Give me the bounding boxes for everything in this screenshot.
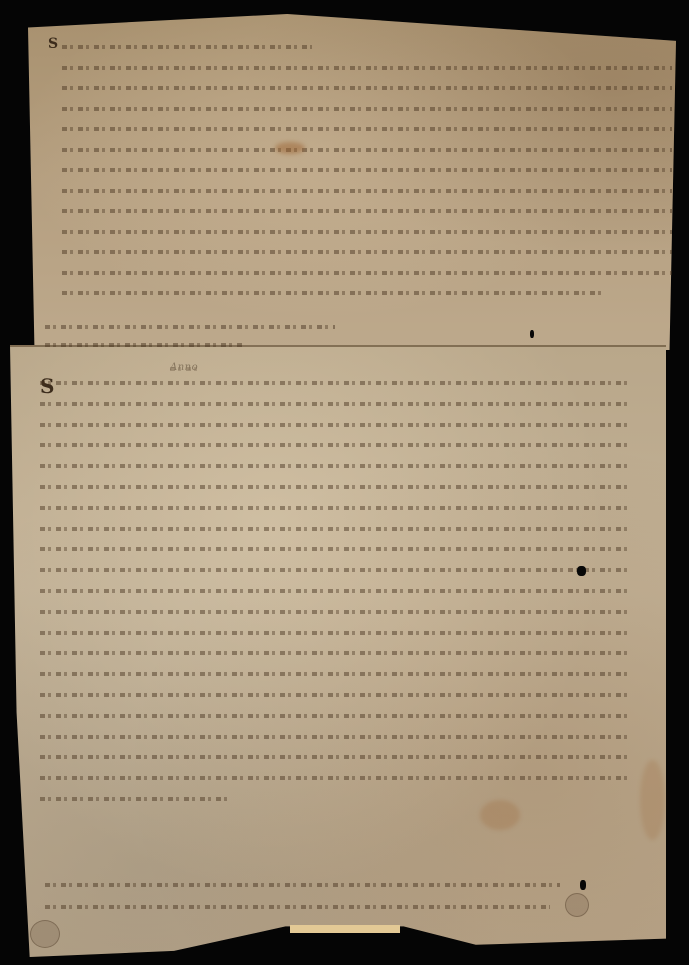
interlinear-note: Anno [170, 362, 200, 373]
wormhole [530, 330, 534, 338]
manuscript-line: ... omnia bona ... [62, 266, 672, 277]
manuscript-line: Sit nota cunctis ... quod ego ... comes … [62, 40, 312, 51]
manuscript-line: ... omnia ... tenere ... [62, 245, 672, 256]
manuscript-line: ... consilio ... barchinone ... [62, 81, 672, 92]
manuscript-line: ... defendemus ... nos ... omnia bona ..… [62, 204, 672, 215]
stain [275, 142, 305, 154]
manuscript-line: ... bona fide ... barchinone ... de plan… [40, 397, 630, 408]
wormhole [580, 880, 586, 890]
manuscript-line: ... est hoc ... iunii ... Anno domini ..… [62, 286, 602, 297]
manuscript-line: ... et ... tempore ... [62, 102, 672, 113]
manuscript-line: ... forma ... [40, 709, 630, 720]
manuscript-line: ... promitto ... bona fide ... heredes .… [62, 61, 672, 72]
manuscript-line: ... de plano ... [40, 480, 630, 491]
manuscript-line: ... et ... [40, 584, 630, 595]
witness-line: ... [45, 338, 245, 349]
manuscript-line: ... et ... honorem ... alias ... [62, 122, 672, 133]
wormhole [577, 566, 586, 576]
manuscript-line: ... Anno domini ... [40, 792, 230, 803]
manuscript-line: ... manda ... [40, 542, 630, 553]
seal-mark [565, 893, 589, 917]
upper-initial: S [48, 36, 58, 52]
stain [480, 800, 520, 830]
seal-mark [30, 920, 60, 948]
manuscript-line: ... bona ... [40, 605, 630, 616]
manuscript-line: ... contradicere ... [40, 563, 630, 574]
manuscript-line: Sit nota cunctis ... quod ego ... comes … [40, 376, 630, 387]
manuscript-line: ... accipere ... aliis ... manso ... ut … [62, 163, 672, 174]
witness-line: Testes huius rei sunt ... ferrario ... d… [45, 878, 560, 889]
bottom-repair-strip [290, 925, 400, 933]
manuscript-line: ... ut ... bona ... nostra ... [62, 184, 672, 195]
stain [640, 760, 665, 840]
manuscript-line: ... cuncta ... [40, 667, 630, 678]
manuscript-line: ... bartholomei ... [40, 418, 630, 429]
manuscript-line: ... arnaldi ... magister ... [40, 438, 630, 449]
manuscript-line: ... iuris ... defendere ... [40, 771, 630, 782]
manuscript-line: ... obligamus ... omnia bona ... [40, 730, 630, 741]
manuscript-line: ... et ... [40, 646, 630, 657]
manuscript-line: ... [40, 750, 630, 761]
manuscript-line: ... ne placito ... [40, 688, 630, 699]
manuscript-line: ... omnia ... de ... [40, 459, 630, 470]
witness-line: Signum ... scriptoris ... [45, 900, 550, 911]
manuscript-line: ... alio ... alias ... manso ... [62, 143, 672, 154]
witness-line: Testes huius rei sunt ... ferrario ... d… [45, 320, 335, 331]
manuscript-line: ... [40, 626, 630, 637]
manuscript-line: ... alios ... [40, 522, 630, 533]
manuscript-line: ... bona ... heredes ... successores [40, 501, 630, 512]
manuscript-line: ... pignore ... firmare ... [62, 225, 672, 236]
